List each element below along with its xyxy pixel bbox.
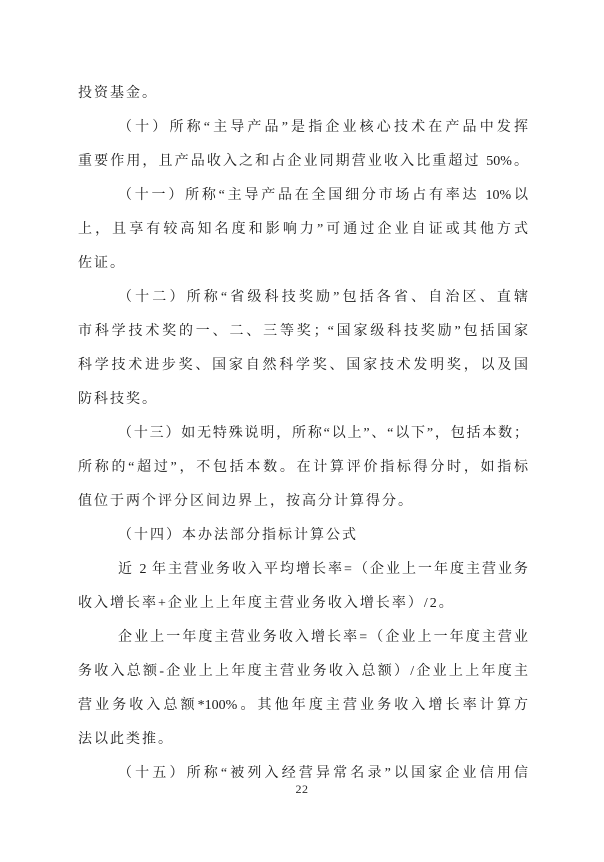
text-line: 近 2 年主营业务收入平均增长率=（企业上一年度主营业务 (78, 553, 528, 587)
text-line: 营业务收入总额*100%。其他年度主营业务收入增长率计算方 (78, 689, 528, 723)
page-body: 投资基金。（十）所称“主导产品”是指企业核心技术在产品中发挥重要作用，且产品收入… (78, 77, 528, 791)
document-page: 投资基金。（十）所称“主导产品”是指企业核心技术在产品中发挥重要作用，且产品收入… (0, 0, 604, 862)
text-line: （十一）所称“主导产品在全国细分市场占有率达 10%以 (78, 179, 528, 213)
text-line: （十三）如无特殊说明，所称“以上”、“以下”，包括本数； (78, 417, 528, 451)
text-line: 市科学技术奖的一、二、三等奖；“国家级科技奖励”包括国家 (78, 315, 528, 349)
page-number: 22 (0, 782, 604, 797)
text-line: 企业上一年度主营业务收入增长率=（企业上一年度主营业 (78, 621, 528, 655)
text-line: 科学技术进步奖、国家自然科学奖、国家技术发明奖，以及国 (78, 349, 528, 383)
text-line: 所称的“超过”，不包括本数。在计算评价指标得分时，如指标 (78, 451, 528, 485)
text-line: 防科技奖。 (78, 383, 528, 417)
text-line: 值位于两个评分区间边界上，按高分计算得分。 (78, 485, 528, 519)
text-line: 上，且享有较高知名度和影响力”可通过企业自证或其他方式 (78, 213, 528, 247)
text-line: （十四）本办法部分指标计算公式 (78, 519, 528, 553)
text-line: （十二）所称“省级科技奖励”包括各省、自治区、直辖 (78, 281, 528, 315)
text-line: 收入增长率+企业上上年度主营业务收入增长率）/2。 (78, 587, 528, 621)
text-line: 法以此类推。 (78, 723, 528, 757)
text-line: （十）所称“主导产品”是指企业核心技术在产品中发挥 (78, 111, 528, 145)
text-line: 投资基金。 (78, 77, 528, 111)
text-line: 务收入总额-企业上上年度主营业务收入总额）/企业上上年度主 (78, 655, 528, 689)
text-line: 佐证。 (78, 247, 528, 281)
text-line: 重要作用，且产品收入之和占企业同期营业收入比重超过 50%。 (78, 145, 528, 179)
